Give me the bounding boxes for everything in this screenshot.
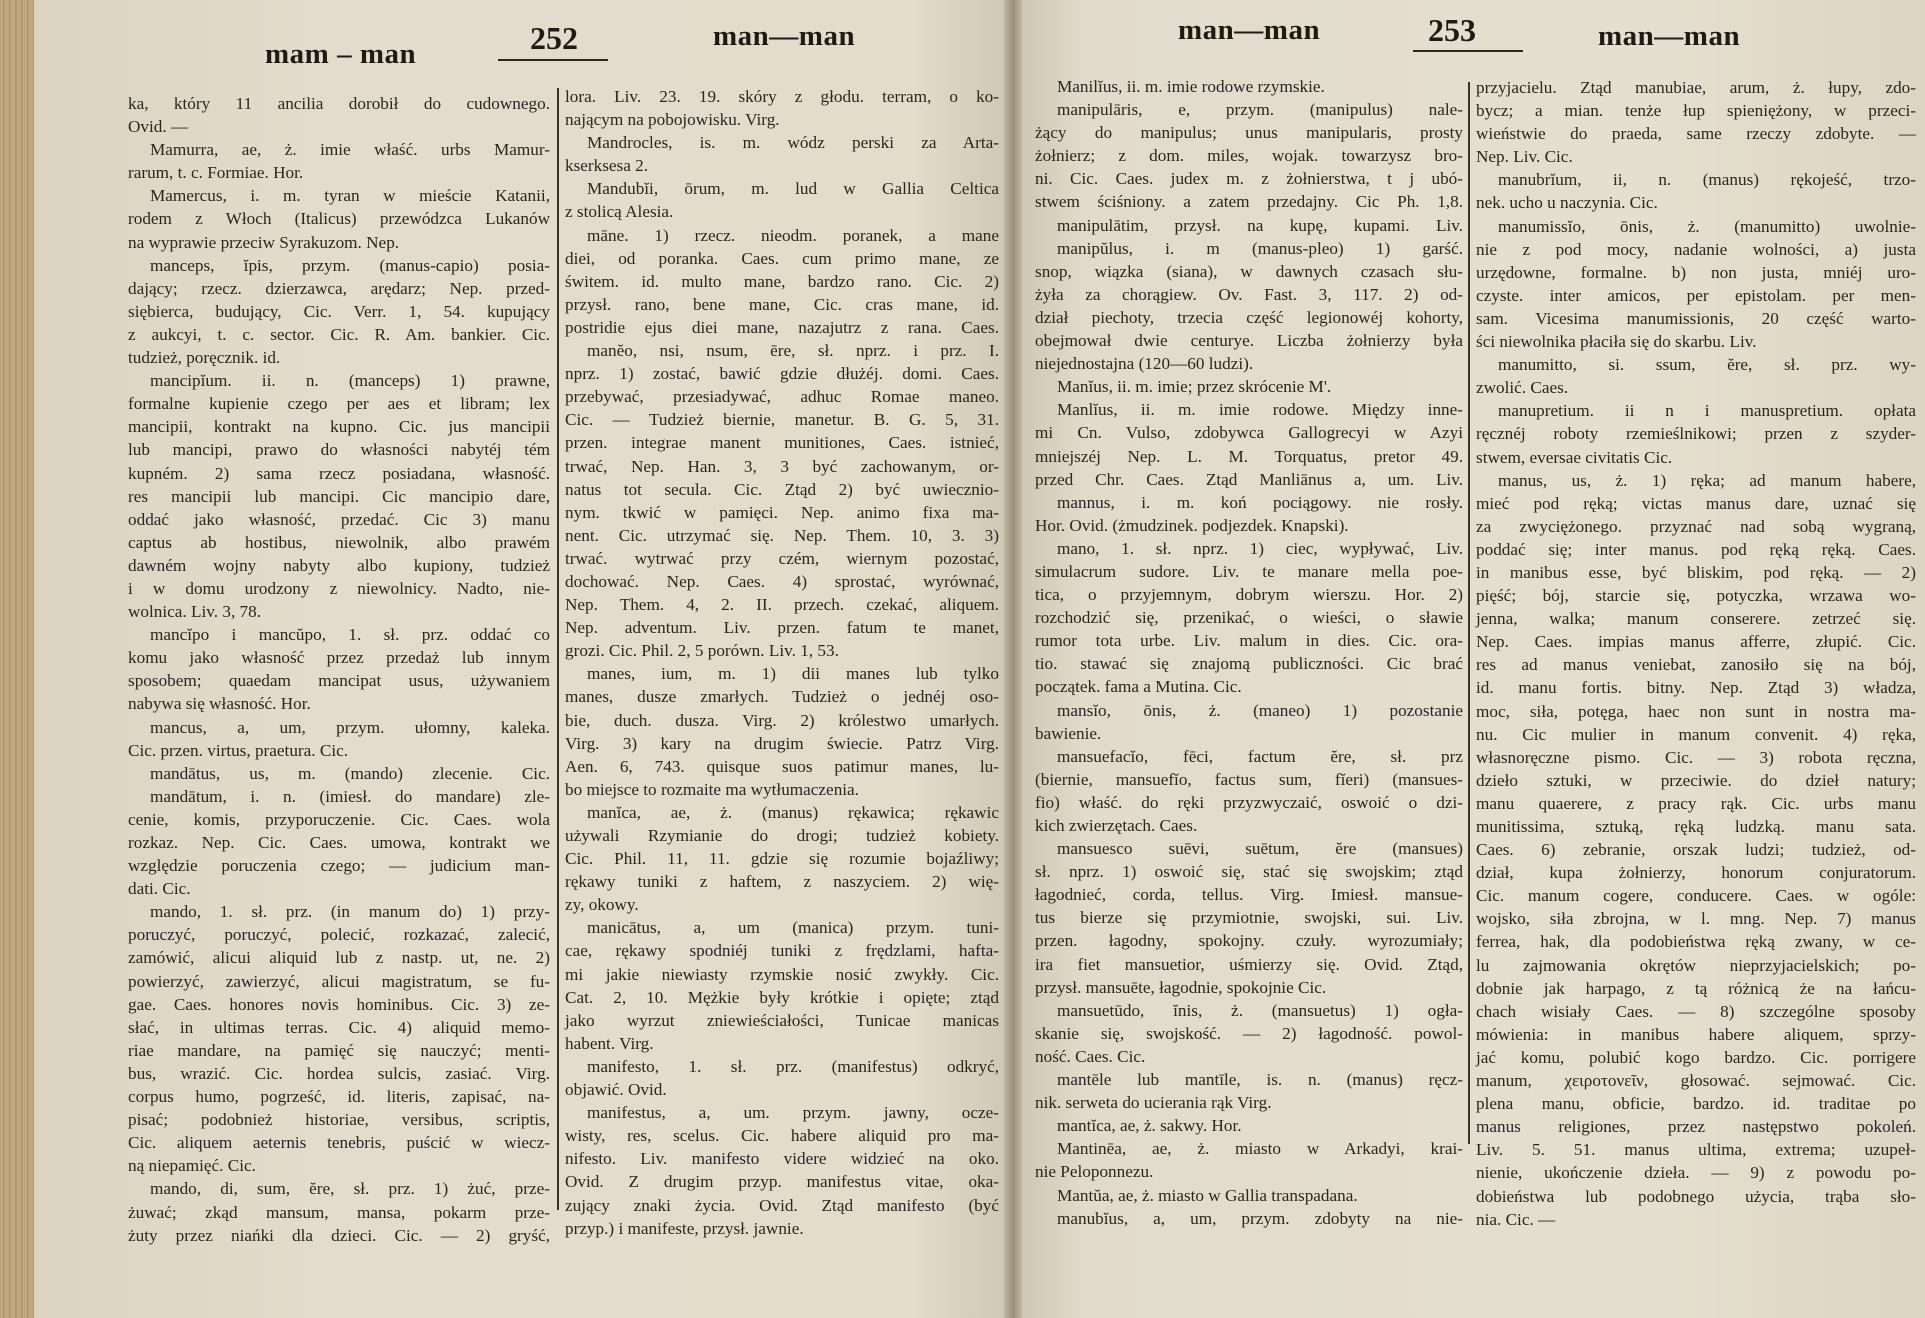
page-number-rule [498,59,608,61]
dictionary-text-line: kserksesa 2. [565,154,999,177]
dictionary-text-line: Aen. 6, 743. quisque suos patimur manes,… [565,755,999,778]
dictionary-text-line: bawienie. [1035,722,1463,745]
dictionary-text-line: chach wisiały Caes. — 8) szczególne spos… [1476,1000,1916,1023]
dictionary-text-line: manus religiones, przez następstwo pokol… [1476,1115,1916,1138]
left-header-guide-word-right: man—man [713,20,855,53]
dictionary-text-line: Cic. manum cogere, conducere. Caes. w og… [1476,884,1916,907]
dictionary-text-line: ferrea, hak, dla podobieństwa ręką zwany… [1476,930,1916,953]
left-page-number: 252 [530,20,578,57]
dictionary-text-line: Caes. 6) zebranie, orszak ludzi; tudzież… [1476,838,1916,861]
dictionary-text-line: zujący znaki życia. Ovid. Ztąd manifesto… [565,1194,999,1217]
dictionary-entry-headword-line: mansuetūdo, ĭnis, ż. (mansuetus) 1) ogła… [1035,999,1463,1022]
dictionary-text-line: i w domu urodzony z niewolnicy. Nadto, n… [128,577,550,600]
dictionary-text-line: fio) właść. do ręki przyzwyczaić, oswoić… [1035,791,1463,814]
right-page-column-1: Manilĭus, ii. m. imie rodowe rzymskie.ma… [1035,75,1463,1230]
dictionary-text-line: Nep. Liv. Cic. [1476,145,1916,168]
dictionary-entry-headword-line: Manlĭus, ii. m. imie rodowe. Między inne… [1035,398,1463,421]
dictionary-text-line: Nep. Them. 4, 2. II. przech. czekać, ali… [565,593,999,616]
dictionary-entry-headword-line: manupretium. ii n i manuspretium. opłata [1476,399,1916,422]
dictionary-text-line: jenna, walka; manum conserere. zetrzeć s… [1476,607,1916,630]
dictionary-entry-headword-line: Manĭus, ii. m. imie; przez skrócenie M'. [1035,375,1463,398]
dictionary-entry-headword-line: mando, di, sum, ĕre, sł. prz. 1) żuć, pr… [128,1177,550,1200]
dictionary-entry-headword-line: manĭca, ae, ż. (manus) rękawica; rękawic [565,801,999,824]
dictionary-text-line: Nep. adventum. Liv. przen. fatum te mane… [565,616,999,639]
dictionary-text-line: Virg. 3) kary na drugim świecie. Patrz V… [565,732,999,755]
dictionary-text-line: dobnie jak harpago, z tą różnicą że na ł… [1476,977,1916,1000]
dictionary-text-line: grozi. Cic. Phil. 2, 5 porówn. Liv. 1, 5… [565,639,999,662]
dictionary-entry-headword-line: Mantŭa, ae, ż. miasto w Gallia transpada… [1035,1184,1463,1207]
dictionary-text-line: za zwyciężonego. przyznać nad sobą wygra… [1476,515,1916,538]
dictionary-entry-headword-line: mannus, i. m. koń pociągowy. nie rosły. [1035,491,1463,514]
dictionary-text-line: nającym na pobojowisku. Virg. [565,108,999,131]
dictionary-text-line: simulacrum sudore. Liv. te manare mella … [1035,560,1463,583]
dictionary-text-line: przysł. mansuēte, łagodnie, spokojnie Ci… [1035,976,1463,999]
dictionary-text-line: dział, kupa żołnierzy, honorum conjurato… [1476,861,1916,884]
dictionary-text-line: rarum, t. c. Formiae. Hor. [128,161,550,184]
dictionary-text-line: łagodnieć, corda, tellus. Virg. Imiesł. … [1035,883,1463,906]
dictionary-text-line: dobieństwa lub podobnego użycia, trąba s… [1476,1185,1916,1208]
dictionary-text-line: obejmował dwie centurye. Liczba żołnierz… [1035,329,1463,352]
dictionary-text-line: ność. Caes. Cic. [1035,1045,1463,1068]
dictionary-text-line: dzieło sztuki, w przeciwie. do dzieł nat… [1476,769,1916,792]
dictionary-entry-headword-line: manifesto, 1. sł. prz. (manifestus) odkr… [565,1055,999,1078]
right-page-number: 253 [1428,12,1476,49]
dictionary-text-line: oddać jako własność, przedać. Cic 3) man… [128,508,550,531]
dictionary-entry-headword-line: manifestus, a, um. przym. jawny, ocze- [565,1101,999,1124]
dictionary-text-line: cenie, komis, przyporuczenie. Cic. Caes.… [128,808,550,831]
dictionary-text-line: z aukcyi, t. c. sector. Cic. R. Am. bank… [128,323,550,346]
dictionary-text-line: zy, okowy. [565,893,999,916]
dictionary-text-line: Cic. przen. virtus, praetura. Cic. [128,739,550,762]
dictionary-text-line: stwem ściśniony. a zatem przedajny. Cic … [1035,190,1463,213]
dictionary-entry-headword-line: manus, us, ż. 1) ręka; ad manum habere, [1476,469,1916,492]
dictionary-entry-headword-line: Manilĭus, ii. m. imie rodowe rzymskie. [1035,75,1463,98]
dictionary-text-line: (biernie, mansuefĭo, factus sum, fĭeri) … [1035,768,1463,791]
dictionary-text-line: dati. Cic. [128,877,550,900]
dictionary-text-line: cae, rękawy spodniéj tuniki z frędzlami,… [565,939,999,962]
dictionary-text-line: rumor tota urbe. Liv. malum in dies. Cic… [1035,629,1463,652]
dictionary-text-line: nifesto. Liv. manifesto videre widzieć n… [565,1147,999,1170]
dictionary-text-line: poddać się; inter manus. pod ręką ręką. … [1476,538,1916,561]
dictionary-text-line: poruczyć, poruczyć, polecić, rozkazać, z… [128,923,550,946]
column-divider [1468,82,1470,1144]
dictionary-text-line: mi jakie niewiasty rzymskie nosić zwykły… [565,963,999,986]
dictionary-text-line: id. manu fortis. bitny. Nep. Ztąd 3) wła… [1476,676,1916,699]
dictionary-entry-headword-line: manumissĭo, ōnis, ż. (manumitto) uwolnie… [1476,215,1916,238]
dictionary-text-line: przysł. rano, bene mane, Cic. cras mane,… [565,293,999,316]
dictionary-text-line: bus, wrazić. Cic. hordea sulcis, zasiać.… [128,1062,550,1085]
dictionary-text-line: żołnierz; z dom. miles, wojak. towarzysz… [1035,144,1463,167]
dictionary-text-line: res ad manus veniebat, zanosiło się na b… [1476,653,1916,676]
dictionary-text-line: gae. Caes. honores novis hominibus. Cic.… [128,993,550,1016]
dictionary-text-line: kupném. 2) sama rzecz posiadana, własnoś… [128,462,550,485]
dictionary-text-line: res mancipii lub mancipi. Cic mancipio d… [128,485,550,508]
dictionary-text-line: postridie ejus diei mane, nazajutrz z ra… [565,316,999,339]
dictionary-text-line: snop, wiązka (siana), w dawnych czasach … [1035,260,1463,283]
dictionary-text-line: tudzież, poręcznik. id. [128,346,550,369]
dictionary-entry-headword-line: mansuefacĭo, fēci, factum ĕre, sł. prz [1035,745,1463,768]
dictionary-text-line: nia. Cic. — [1476,1208,1916,1231]
dictionary-text-line: przyjacielu. Ztąd manubiae, arum, ż. łup… [1476,76,1916,99]
dictionary-text-line: używali Rzymianie do drogi; tudzież kobi… [565,824,999,847]
dictionary-text-line: komu jako własność przez przedaż lub inn… [128,646,550,669]
dictionary-text-line: munitissima, sztuką, ręką ludzką. manu s… [1476,815,1916,838]
dictionary-text-line: lub mancipi, prawo do własności nabytéj … [128,438,550,461]
dictionary-entry-headword-line: manubĭus, a, um, przym. zdobyty na nie- [1035,1207,1463,1230]
dictionary-entry-headword-line: manceps, ĭpis, przym. (manus-capio) posi… [128,254,550,277]
dictionary-text-line: pisać; podobnież historiae, versibus, sc… [128,1108,550,1131]
dictionary-text-line: bo miejsce to rozmaite ma wytłumaczenia. [565,778,999,801]
dictionary-text-line: trwać, Nep. Han. 3, 3 być zachowanym, or… [565,455,999,478]
dictionary-text-line: ira fiet mansuetior, uśmierzy się. Ovid.… [1035,953,1463,976]
dictionary-text-line: rozkaz. Nep. Cic. Caes. umowa, kontrakt … [128,831,550,854]
dictionary-text-line: dawném wojny nabyty albo kupiony, tudzie… [128,554,550,577]
book-spread: mam – man 252 man—man man—man 253 man—ma… [0,0,1925,1318]
dictionary-text-line: Nep. Caes. impias manus afferre, złupić.… [1476,630,1916,653]
dictionary-text-line: Cat. 2, 10. Mężkie były krótkie i opięte… [565,986,999,1009]
dictionary-text-line: względzie poruczenia czego; — judicium m… [128,854,550,877]
dictionary-text-line: wisty, res, scelus. Cic. habere aliquid … [565,1124,999,1147]
dictionary-text-line: nik. serweta do ucierania rąk Virg. [1035,1091,1463,1114]
dictionary-text-line: zamówić, alicui aliquid lub z nastp. ut,… [128,946,550,969]
dictionary-text-line: bie, duch. dusza. Virg. 2) królestwo uma… [565,709,999,732]
dictionary-text-line: rękawy tuniki z haftem, z naszyciem. 2) … [565,870,999,893]
dictionary-text-line: lora. Liv. 23. 19. skóry z głodu. terram… [565,85,999,108]
dictionary-entry-headword-line: māne. 1) rzecz. nieodm. poranek, a mane [565,224,999,247]
dictionary-text-line: własnoręczne pismo. Cic. — 3) robota ręc… [1476,746,1916,769]
dictionary-text-line: in manibus esse, być bliskim, pod ręką. … [1476,561,1916,584]
dictionary-text-line: riae mandare, na pamięć się nauczyć; men… [128,1039,550,1062]
dictionary-text-line: ka, który 11 ancilia dorobił do cudowneg… [128,92,550,115]
dictionary-text-line: żuwać; zkąd mansum, mansa, pokarm prze- [128,1201,550,1224]
dictionary-text-line: ni. Cic. Caes. judex m. z żołnierstwa, t… [1035,167,1463,190]
dictionary-text-line: nek. ucho u naczynia. Cic. [1476,191,1916,214]
dictionary-text-line: jako wyrzut zniewieściałości, Tunicae ma… [565,1009,999,1032]
dictionary-entry-headword-line: Mandrocles, is. m. wódz perski za Arta- [565,131,999,154]
dictionary-text-line: żący do manipulus; unus manipularis, pro… [1035,121,1463,144]
dictionary-text-line: czyste. inter amicos, per epistolam. per… [1476,284,1916,307]
dictionary-text-line: powierzyć, zawierzyć, alicui magistratum… [128,970,550,993]
dictionary-text-line: rodem z Włoch (Italicus) przewódzca Luka… [128,207,550,230]
dictionary-text-line: manes, dusze zmarłych. Tudzież o jednéj … [565,685,999,708]
dictionary-text-line: sposobem; quaedam mancipat usus, używani… [128,669,550,692]
dictionary-text-line: na wyprawie przeciw Syrakuzom. Nep. [128,231,550,254]
dictionary-entry-headword-line: manumitto, si. ssum, ĕre, sł. prz. wy- [1476,353,1916,376]
dictionary-entry-headword-line: mancĭpo i mancŭpo, 1. sł. prz. oddać co [128,623,550,646]
dictionary-text-line: Ovid. — [128,115,550,138]
dictionary-text-line: dochować. Nep. Caes. 4) sprostać, wyrówn… [565,570,999,593]
column-divider [557,88,559,1210]
dictionary-text-line: lu zajmowania okrętów nieprzyjacielskich… [1476,954,1916,977]
dictionary-text-line: tio. stawać się znajomą publiczności. Ci… [1035,652,1463,675]
dictionary-text-line: nie Peloponnezu. [1035,1160,1463,1183]
dictionary-text-line: sł. nprz. 1) oswoić się, stać się swojsk… [1035,860,1463,883]
dictionary-text-line: nienie, ukończenie dzieła. — 9) z powodu… [1476,1161,1916,1184]
dictionary-text-line: przebywać, przesiadywać, adhuc Romae man… [565,385,999,408]
dictionary-text-line: wojsko, siła zbrojna, w l. mng. Nep. 7) … [1476,907,1916,930]
right-header-guide-word-right: man—man [1598,20,1740,53]
dictionary-entry-headword-line: mandātus, us, m. (mando) zlecenie. Cic. [128,762,550,785]
dictionary-text-line: tica, o przyjemnym, dobrym wierszu. Hor.… [1035,583,1463,606]
dictionary-text-line: przen. łagodny, spokojny. czuły. wyrozum… [1035,929,1463,952]
dictionary-text-line: urzędowne, formalne. b) non justa, mniéj… [1476,261,1916,284]
dictionary-text-line: Cic. — Tudzież biernie, manetur. B. G. 5… [565,408,999,431]
dictionary-text-line: Liv. 5. 51. manus ultima, extrema; uzupe… [1476,1138,1916,1161]
dictionary-text-line: żyła za chorągiew. Ov. Fast. 3, 117. 2) … [1035,283,1463,306]
dictionary-entry-headword-line: mantĭca, ae, ż. sakwy. Hor. [1035,1114,1463,1137]
dictionary-text-line: mi Cn. Vulso, zdobywca Gallogrecyi w Azy… [1035,421,1463,444]
dictionary-text-line: moc, siła, potęga, haec non sunt in nost… [1476,700,1916,723]
dictionary-text-line: mancipii, kontrakt na kupno. Cic. jus ma… [128,415,550,438]
right-header-guide-word-left: man—man [1178,14,1320,47]
dictionary-text-line: Ovid. Z drugim przyp. manifestus vitae, … [565,1170,999,1193]
dictionary-text-line: mniejszéj Nep. L. M. Torquatus, pretor 4… [1035,445,1463,468]
dictionary-text-line: plena manu, obficie, bardzo. id. tradita… [1476,1092,1916,1115]
dictionary-entry-headword-line: manicātus, a, um (manica) przym. tuni- [565,916,999,939]
dictionary-text-line: bycz; a mian. tenże łup spieniężony, w p… [1476,99,1916,122]
dictionary-text-line: z stolicą Alesia. [565,200,999,223]
dictionary-entry-headword-line: manipŭlus, i. m (manus-pleo) 1) garść. [1035,237,1463,260]
dictionary-text-line: tus bierze się przymiotnie, swojski, sui… [1035,906,1463,929]
dictionary-entry-headword-line: mano, 1. sł. nprz. 1) ciec, wypływać, Li… [1035,537,1463,560]
dictionary-entry-headword-line: Mandubĭi, ōrum, m. lud w Gallia Celtica [565,177,999,200]
dictionary-text-line: przyp.) i manifeste, przysł. jawnie. [565,1217,999,1240]
dictionary-text-line: trwać. wytrwać przy czém, wiernym pozost… [565,547,999,570]
dictionary-text-line: siębierca, budujący, Cic. Verr. 1, 54. k… [128,300,550,323]
dictionary-text-line: wolnica. Liv. 3, 78. [128,600,550,623]
dictionary-text-line: jać komu, polubić kogo bardzo. Cic. porr… [1476,1046,1916,1069]
dictionary-text-line: nprz. 1) zostać, bawić gdzie dłużéj. dom… [565,362,999,385]
dictionary-text-line: manu quaerere, z pracy rąk. Cic. urbs ma… [1476,792,1916,815]
dictionary-text-line: początek. fama a Mutina. Cic. [1035,675,1463,698]
dictionary-text-line: formalne kupienie czego per aes et libra… [128,392,550,415]
dictionary-text-line: żuty przez niańki dla dzieci. Cic. — 2) … [128,1224,550,1247]
dictionary-entry-headword-line: manubrĭum, ii, n. (manus) rękojeść, trzo… [1476,168,1916,191]
dictionary-text-line: wieństwie do praeda, same rzeczy zdobyte… [1476,122,1916,145]
dictionary-entry-headword-line: mancipĭum. ii. n. (manceps) 1) prawne, [128,369,550,392]
dictionary-entry-headword-line: Mamercus, i. m. tyran w mieście Katanii, [128,184,550,207]
dictionary-entry-headword-line: mando, 1. sł. prz. (in manum do) 1) przy… [128,900,550,923]
dictionary-text-line: zwolić. Caes. [1476,376,1916,399]
dictionary-entry-headword-line: Mamurra, ae, ż. imie właść. urbs Mamur- [128,138,550,161]
left-header-guide-word-left: mam – man [265,38,416,71]
dictionary-text-line: niejednostajna (120—60 ludzi). [1035,352,1463,375]
dictionary-text-line: nabywa się własność. Hor. [128,692,550,715]
dictionary-text-line: mieć pod ręką; victas manus dare, uznać … [1476,492,1916,515]
dictionary-entry-headword-line: mantēle lub mantīle, is. n. (manus) ręcz… [1035,1068,1463,1091]
dictionary-text-line: przen. integrae manent munitiones, Caes.… [565,431,999,454]
dictionary-entry-headword-line: mansĭo, ōnis, ż. (maneo) 1) pozostanie [1035,699,1463,722]
dictionary-entry-headword-line: mancus, a, um, przym. ułomny, kaleka. [128,716,550,739]
dictionary-text-line: kich zwierzętach. Caes. [1035,814,1463,837]
dictionary-text-line: stwem, eversae civitatis Cic. [1476,446,1916,469]
dictionary-entry-headword-line: manipulāris, e, przym. (manipulus) nale- [1035,98,1463,121]
dictionary-text-line: Cic. Phil. 11, 11. gdzie się rozumie boj… [565,847,999,870]
book-gutter [1004,0,1022,1318]
dictionary-text-line: Hor. Ovid. (żmudzinek. podjezdek. Knapsk… [1035,514,1463,537]
dictionary-text-line: nym. tkwić w pamięci. Nep. animo fixa ma… [565,501,999,524]
dictionary-text-line: corpus humo, pogrześć, id. literis, zapi… [128,1085,550,1108]
dictionary-text-line: pięść; bój, starcie się, potyczka, wrzaw… [1476,584,1916,607]
dictionary-entry-headword-line: mandātum, i. n. (imiesł. do mandare) zle… [128,785,550,808]
dictionary-entry-headword-line: manĕo, nsi, nsum, ēre, sł. nprz. i prz. … [565,339,999,362]
dictionary-text-line: ną niepamięć. Cic. [128,1154,550,1177]
dictionary-text-line: objawić. Ovid. [565,1078,999,1101]
dictionary-text-line: nu. Cic mulier in manum convenit. 4) ręk… [1476,723,1916,746]
dictionary-text-line: rozchodzić się, przenikać, o wieści, o s… [1035,606,1463,629]
left-page-column-2: lora. Liv. 23. 19. skóry z głodu. terram… [565,85,999,1240]
dictionary-entry-headword-line: manes, ium, m. 1) dii manes lub tylko [565,662,999,685]
dictionary-text-line: Cic. aliquem aeternis tenebris, puścić w… [128,1131,550,1154]
dictionary-entry-headword-line: mansuesco suēvi, suētum, ĕre (mansues) [1035,837,1463,860]
dictionary-text-line: habent. Virg. [565,1032,999,1055]
page-edges [0,0,34,1318]
dictionary-text-line: diei, od poranka. Caes. cum primo mane, … [565,247,999,270]
dictionary-text-line: nie z pod mocy, nadanie wolności, a) jus… [1476,238,1916,261]
dictionary-text-line: manum, χειροτονεῖν, głosować. sejmować. … [1476,1069,1916,1092]
right-page-column-2: przyjacielu. Ztąd manubiae, arum, ż. łup… [1476,76,1916,1231]
dictionary-text-line: mówienia: in manibus habere aliquem, spr… [1476,1023,1916,1046]
dictionary-entry-headword-line: manipulātim, przysł. na kupę, kupami. Li… [1035,214,1463,237]
dictionary-text-line: nent. Cic. utrzymać się. Nep. Them. 10, … [565,524,999,547]
dictionary-text-line: captus ab hostibus, niewolnik, albo praw… [128,531,550,554]
dictionary-text-line: przed Chr. Caes. Ztąd Manliānus a, um. L… [1035,468,1463,491]
dictionary-text-line: świtem. id. multo mane, bardzo rano. Cic… [565,270,999,293]
dictionary-text-line: dział piechoty, trzecia część legionowéj… [1035,306,1463,329]
dictionary-text-line: ści niewolnika płaciła się do skarbu. Li… [1476,330,1916,353]
dictionary-text-line: ręcznéj roboty rzemieślnikowi; przen z s… [1476,422,1916,445]
left-page-column-1: ka, który 11 ancilia dorobił do cudowneg… [128,92,550,1247]
page-number-rule [1413,50,1523,52]
dictionary-entry-headword-line: Mantinēa, ae, ż. miasto w Arkadyi, krai- [1035,1137,1463,1160]
dictionary-text-line: słać, in ultimas terras. Cic. 4) aliquid… [128,1016,550,1039]
dictionary-text-line: sam. Vicesima manumissionis, 20 część wa… [1476,307,1916,330]
dictionary-text-line: dający; rzecz. dzierzawca, arędarz; Nep.… [128,277,550,300]
dictionary-text-line: natus tot secula. Cic. Ztąd 2) być uwiec… [565,478,999,501]
dictionary-text-line: skanie się, swojskość. — 2) łagodność. p… [1035,1022,1463,1045]
